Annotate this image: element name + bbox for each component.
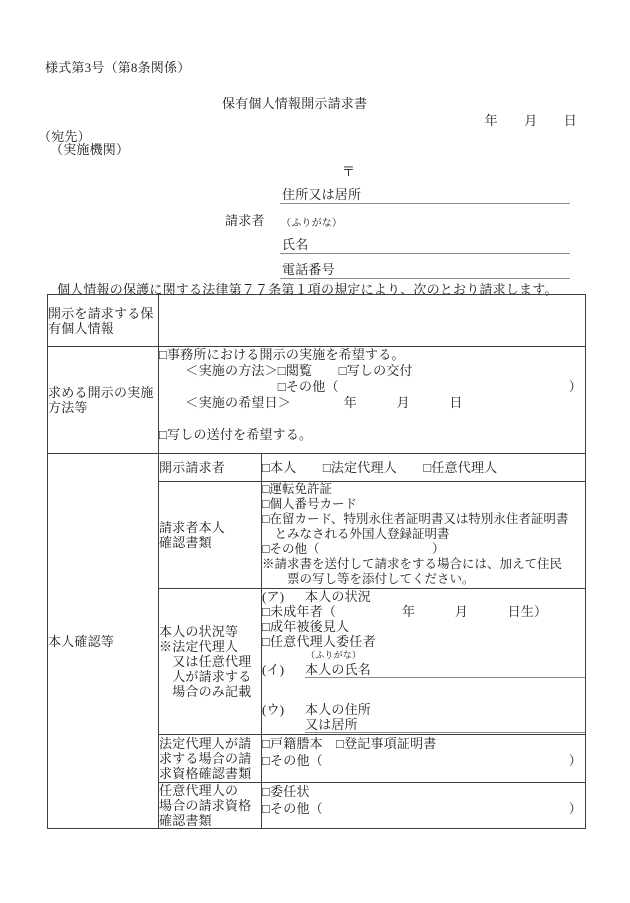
person-status-cell: (ア) 本人の状況 □未成年者（ 年 月 日生） □成年被後見人 □任意代理人委… [262,589,586,735]
claimant-options-cell: □本人 □法定代理人 □任意代理人 [262,454,586,482]
row-claimant: 本人確認等 開示請求者 □本人 □法定代理人 □任意代理人 [48,454,586,482]
status-a-title: 本人の状況 [305,589,371,604]
method-other-text: □その他（ [159,379,339,395]
date-line: 年 月 日 [400,110,577,129]
status-i-prefix: (イ) [262,662,305,678]
name-field: 氏名 [280,237,570,254]
voluntary-rep-cell: □委任状 □その他（ ） [262,783,586,829]
page-title: 保有個人情報開示請求書 [222,93,367,112]
claimant-label: 開示請求者 [159,454,262,482]
legal-rep-cell: □戸籍謄本 □登記事項証明書 □その他（ ） [262,735,586,783]
person-status-label: 本人の状況等 ※法定代理人 又は任意代理 人が請求する 場合のみ記載 [159,589,262,735]
doc-license-line: □運転免許証 [262,482,585,497]
method-type-line: ＜実施の方法＞□閲覧 □写しの交付 [159,363,585,379]
status-u-prefix: (ウ) [262,702,305,717]
address-field: 住所又は居所 [280,187,570,204]
legal-rep-docs-line: □戸籍謄本 □登記事項証明書 [262,735,585,752]
voluntary-rep-poa-line: □委任状 [262,783,585,800]
status-minor-line: □未成年者（ 年 月 日生） [262,604,585,619]
status-a-prefix: (ア) [262,589,305,604]
legal-rep-label: 法定代理人が請 求する場合の請 求資格確認書類 [159,735,262,783]
phone-field: 電話番号 [280,262,570,279]
voluntary-rep-other-text: □その他（ [262,800,323,817]
form-page: 様式第3号（第8条関係） 保有個人情報開示請求書 年 月 日 （宛先） （実施機… [0,0,630,903]
identity-section-label: 本人確認等 [48,454,159,829]
method-office-checkbox-line: □事務所における開示の実施を希望する。 [159,347,585,363]
disclosure-method-label: 求める開示の実施 方法等 [48,347,159,454]
method-other-line: □その他（ ） [159,379,585,395]
status-name-field-line: (イ) 本人の氏名 [262,662,585,678]
identity-documents-cell: □運転免許証 □個人番号カード □在留カード、特別永住者証明書又は特別永住者証明… [262,482,586,589]
voluntary-rep-label: 任意代理人の 場合の請求資格 確認書類 [159,783,262,829]
address-field-label: 住所又は居所 [280,187,361,203]
disclosure-method-cell: □事務所における開示の実施を希望する。 ＜実施の方法＞□閲覧 □写しの交付 □そ… [159,347,586,454]
agency-label: （実施機関） [50,139,129,158]
claimant-options-line: □本人 □法定代理人 □任意代理人 [262,460,585,475]
doc-note-line2: 票の写し等を添付してください。 [262,572,585,587]
method-desired-date-line: ＜実施の希望日＞ 年 月 日 [159,395,585,411]
doc-note-line1: ※請求書を送付して請求をする場合には、加えて住民 [262,557,585,572]
person-address-field: 又は居所 [305,717,585,733]
status-a-title-line: (ア) 本人の状況 [262,589,585,604]
method-other-close-paren: ） [569,379,582,395]
doc-other-line: □その他（ ） [262,542,585,557]
status-delegator-line: □任意代理人委任者 [262,634,585,649]
row-requested-info: 開示を請求する保 有個人情報 [48,295,586,347]
person-name-field: 本人の氏名 [305,662,585,678]
row-disclosure-method: 求める開示の実施 方法等 □事務所における開示の実施を希望する。 ＜実施の方法＞… [48,347,586,454]
name-field-label: 氏名 [280,237,308,253]
status-ward-line: □成年被後見人 [262,619,585,634]
requester-label: 請求者 [225,210,265,229]
voluntary-rep-other-close-paren: ） [569,800,582,817]
status-address-line1: (ウ) 本人の住所 [262,702,585,717]
doc-residence-card-line: □在留カード、特別永住者証明書又は特別永住者証明書 [262,512,585,527]
legal-rep-other-close-paren: ） [569,752,582,769]
requested-info-label: 開示を請求する保 有個人情報 [48,295,159,347]
request-form-table: 開示を請求する保 有個人情報 求める開示の実施 方法等 □事務所における開示の実… [47,294,586,829]
form-number: 様式第3号（第8条関係） [45,57,190,76]
doc-residence-card-line2: とみなされる外国人登録証明書 [262,527,585,542]
status-address-line2: 又は居所 [262,717,585,733]
person-address-label1: 本人の住所 [305,702,371,717]
voluntary-rep-other-line: □その他（ ） [262,800,585,817]
legal-rep-other-text: □その他（ [262,752,323,769]
status-furigana-label: （ふりがな） [262,649,585,662]
legal-rep-other-line: □その他（ ） [262,752,585,769]
furigana-label: （ふりがな） [281,214,342,229]
requested-info-input-cell [159,295,586,347]
postal-mark-icon: 〒 [342,161,355,180]
identity-documents-label: 請求者本人 確認書類 [159,482,262,589]
status-u-indent [262,717,305,733]
phone-field-label: 電話番号 [280,262,335,278]
doc-mynumber-line: □個人番号カード [262,497,585,512]
spacer [159,411,585,427]
method-copy-mail-line: □写しの送付を希望する。 [159,427,585,443]
